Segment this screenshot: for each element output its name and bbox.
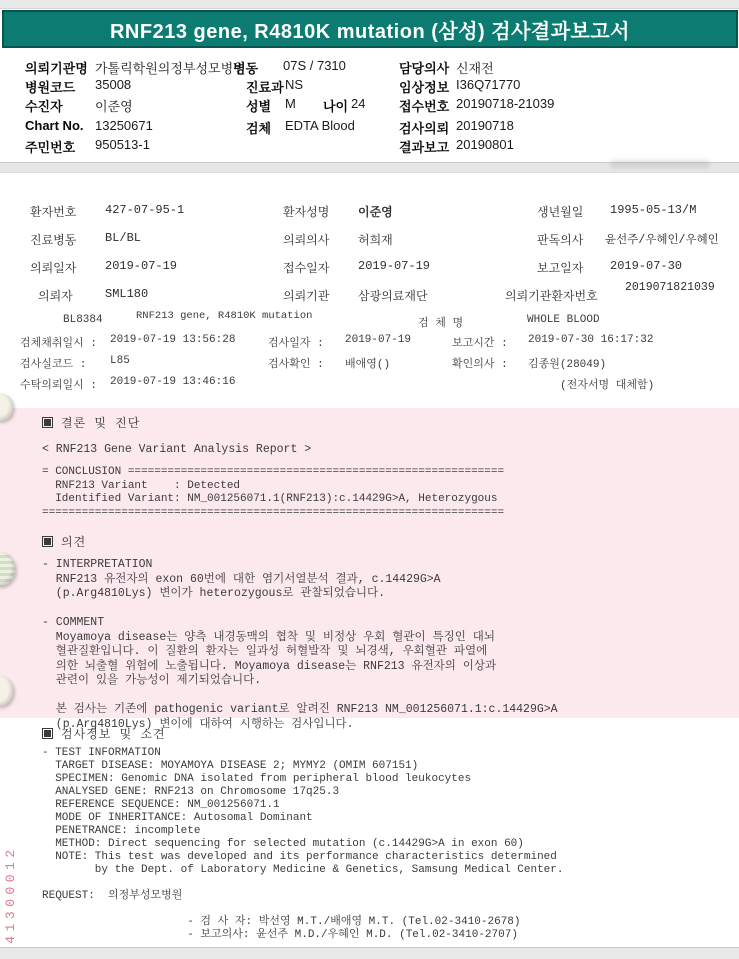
section-title-conclusion: 결론 및 진단: [61, 414, 140, 431]
patient-value-request-date: 2019-07-19: [105, 259, 177, 273]
patient-label-request-date: 의뢰일자: [30, 259, 76, 276]
header-value-age: 24: [351, 96, 365, 111]
header-value-patient: 이준영: [95, 96, 133, 115]
header-label-doctor: 담당의사: [399, 58, 449, 77]
header-label-requesting-org: 의뢰기관명: [25, 58, 88, 77]
patient-value-requester: SML180: [105, 287, 148, 301]
section-marker-icon: [42, 728, 53, 739]
header-value-accession-no: 20190718-21039: [456, 96, 554, 111]
confirm-doctor-label: 확인의사 :: [452, 355, 508, 371]
patient-value-receipt-date: 2019-07-19: [358, 259, 430, 273]
header-label-accession-no: 접수번호: [399, 96, 449, 115]
opinion-text: - INTERPRETATION RNF213 유전자의 exon 60번에 대…: [42, 558, 558, 732]
header-label-chart-no: Chart No.: [25, 118, 84, 133]
patient-label-org-patient-no: 의뢰기관환자번호: [505, 287, 598, 304]
scan-edge-bottom: [0, 947, 739, 959]
specimen-code: BL8384: [63, 314, 103, 326]
patient-value-ref-doctor: 허희재: [358, 231, 393, 248]
header-label-report-date: 결과보고: [399, 137, 449, 156]
patient-label-birth: 생년월일: [537, 203, 583, 220]
test-info-text: - TEST INFORMATION TARGET DISEASE: MOYAM…: [42, 747, 564, 942]
patient-label-report-date: 보고일자: [537, 259, 583, 276]
header-value-ward: 07S / 7310: [283, 58, 346, 73]
header-value-clinical-info: I36Q71770: [456, 77, 520, 92]
patient-value-ward: BL/BL: [105, 231, 141, 245]
collected-datetime-label: 검체채취일시 :: [20, 334, 97, 350]
header-label-clinical-info: 임상정보: [399, 77, 449, 96]
header-label-hospital-code: 병원코드: [25, 77, 75, 96]
header-value-doctor: 신재전: [456, 58, 494, 77]
header-value-resident-id: 950513-1: [95, 137, 150, 152]
section-marker-icon: [42, 417, 53, 428]
report-subtitle: < RNF213 Gene Variant Analysis Report >: [42, 443, 311, 456]
header-label-age: 나이: [323, 96, 348, 115]
header-label-ward: 병동: [233, 58, 258, 77]
test-date-label: 검사일자 :: [268, 334, 324, 350]
header-value-order-date: 20190718: [456, 118, 514, 133]
specimen-name-label: 검 체 명: [418, 314, 463, 330]
section-heading-test-info: 검사정보 및 소견: [42, 725, 166, 742]
patient-label-ref-doctor: 의뢰의사: [283, 231, 329, 248]
patient-label-requester: 의뢰자: [38, 287, 73, 304]
patient-label-receipt-date: 접수일자: [283, 259, 329, 276]
faded-watermark: [610, 160, 710, 168]
section-heading-opinion: 의견: [42, 533, 86, 550]
specimen-test-name: RNF213 gene, R4810K mutation: [136, 310, 312, 322]
section-heading-conclusion: 결론 및 진단: [42, 414, 140, 431]
patient-value-report-date: 2019-07-30: [610, 259, 682, 273]
patient-label-name: 환자성명: [283, 203, 329, 220]
referred-datetime-label: 수탁의뢰일시 :: [20, 376, 97, 392]
referred-datetime-value: 2019-07-19 13:46:16: [110, 376, 235, 388]
lab-code-value: L85: [110, 355, 130, 367]
header-label-patient: 수진자: [25, 96, 63, 115]
lab-code-label: 검사실코드 :: [20, 355, 86, 371]
section-marker-icon: [42, 536, 53, 547]
header-value-requesting-org: 가톨릭학원의정부성모병원: [95, 58, 246, 77]
section-title-opinion: 의견: [61, 533, 86, 550]
header-value-sex: M: [285, 96, 296, 111]
patient-value-reading-doctor: 윤선주/우혜인/우혜인: [605, 231, 719, 247]
patient-value-id: 427-07-95-1: [105, 203, 184, 217]
header-label-resident-id: 주민번호: [25, 137, 75, 156]
conclusion-text: = CONCLUSION ===========================…: [42, 466, 504, 520]
section-title-test-info: 검사정보 및 소견: [61, 725, 166, 742]
patient-value-name: 이준영: [358, 203, 393, 220]
header-value-report-date: 20190801: [456, 137, 514, 152]
patient-value-birth: 1995-05-13/M: [610, 203, 696, 217]
lab-report-page: RNF213 gene, R4810K mutation (삼성) 검사결과보고…: [0, 0, 739, 959]
esign-note: (전자서명 대체함): [560, 376, 654, 392]
patient-value-request-org: 삼광의료재단: [358, 287, 428, 304]
specimen-name-value: WHOLE BLOOD: [527, 314, 600, 326]
patient-label-id: 환자번호: [30, 203, 76, 220]
report-title-banner: RNF213 gene, R4810K mutation (삼성) 검사결과보고…: [2, 10, 738, 48]
verify-label: 검사확인 :: [268, 355, 324, 371]
test-date-value: 2019-07-19: [345, 334, 411, 346]
report-time-value: 2019-07-30 16:17:32: [528, 334, 653, 346]
scan-edge-top: [0, 0, 739, 9]
header-value-chart-no: 13250671: [95, 118, 153, 133]
patient-value-org-patient-no: 2019071821039: [625, 281, 709, 294]
patient-label-request-org: 의뢰기관: [283, 287, 329, 304]
header-label-order-date: 검사의뢰: [399, 118, 449, 137]
header-value-hospital-code: 35008: [95, 77, 131, 92]
header-value-department: NS: [285, 77, 303, 92]
patient-label-reading-doctor: 판독의사: [537, 231, 583, 248]
header-label-sex: 성별: [246, 96, 271, 115]
header-value-specimen: EDTA Blood: [285, 118, 355, 133]
collected-datetime-value: 2019-07-19 13:56:28: [110, 334, 235, 346]
confirm-doctor-value: 김종원(28049): [528, 355, 606, 371]
report-time-label: 보고시간 :: [452, 334, 508, 350]
patient-label-ward: 진료병동: [30, 231, 76, 248]
verify-value: 배애영(): [345, 355, 390, 371]
page-title: RNF213 gene, R4810K mutation (삼성) 검사결과보고…: [110, 15, 630, 44]
header-label-specimen: 검체: [246, 118, 271, 137]
document-serial-number: 541300012: [3, 845, 18, 956]
header-label-department: 진료과: [246, 77, 284, 96]
